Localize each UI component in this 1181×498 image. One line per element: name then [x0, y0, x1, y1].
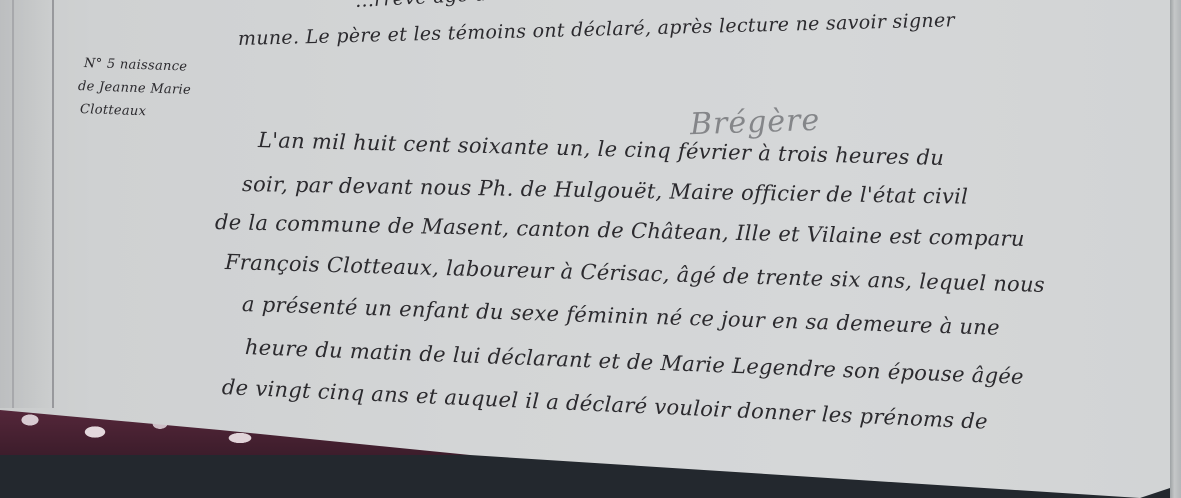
page-fold [52, 0, 54, 408]
register-photograph: N° 5 naissance de Jeanne Marie Clotteaux… [0, 0, 1181, 498]
entry-line: soir, par devant nous Ph. de Hulgouët, M… [242, 172, 969, 209]
entry-line: de vingt cinq ans et auquel il a déclaré… [221, 375, 988, 434]
entry-line: a présenté un enfant du sexe féminin né … [242, 292, 1001, 340]
page-edge [1170, 0, 1181, 498]
entry-line: François Clotteaux, laboureur à Cérisac,… [225, 250, 1046, 297]
mayor-signature: Brégère [689, 103, 820, 143]
margin-note-line: Clotteaux [80, 98, 229, 126]
gutter-shadow [0, 0, 55, 408]
margin-note: N° 5 naissance de Jeanne Marie Clotteaux [78, 52, 228, 121]
previous-entry-line: mune. Le père et les témoins ont déclaré… [238, 9, 955, 50]
previous-entry-line: ...rrevé âgé de trente trois ans, les de… [354, 0, 935, 12]
entry-line: de la commune de Masent, canton de Châte… [215, 210, 1025, 251]
entry-line: L'an mil huit cent soixante un, le cinq … [258, 128, 945, 170]
page-fold [12, 0, 14, 408]
register-page: N° 5 naissance de Jeanne Marie Clotteaux… [0, 0, 1170, 498]
